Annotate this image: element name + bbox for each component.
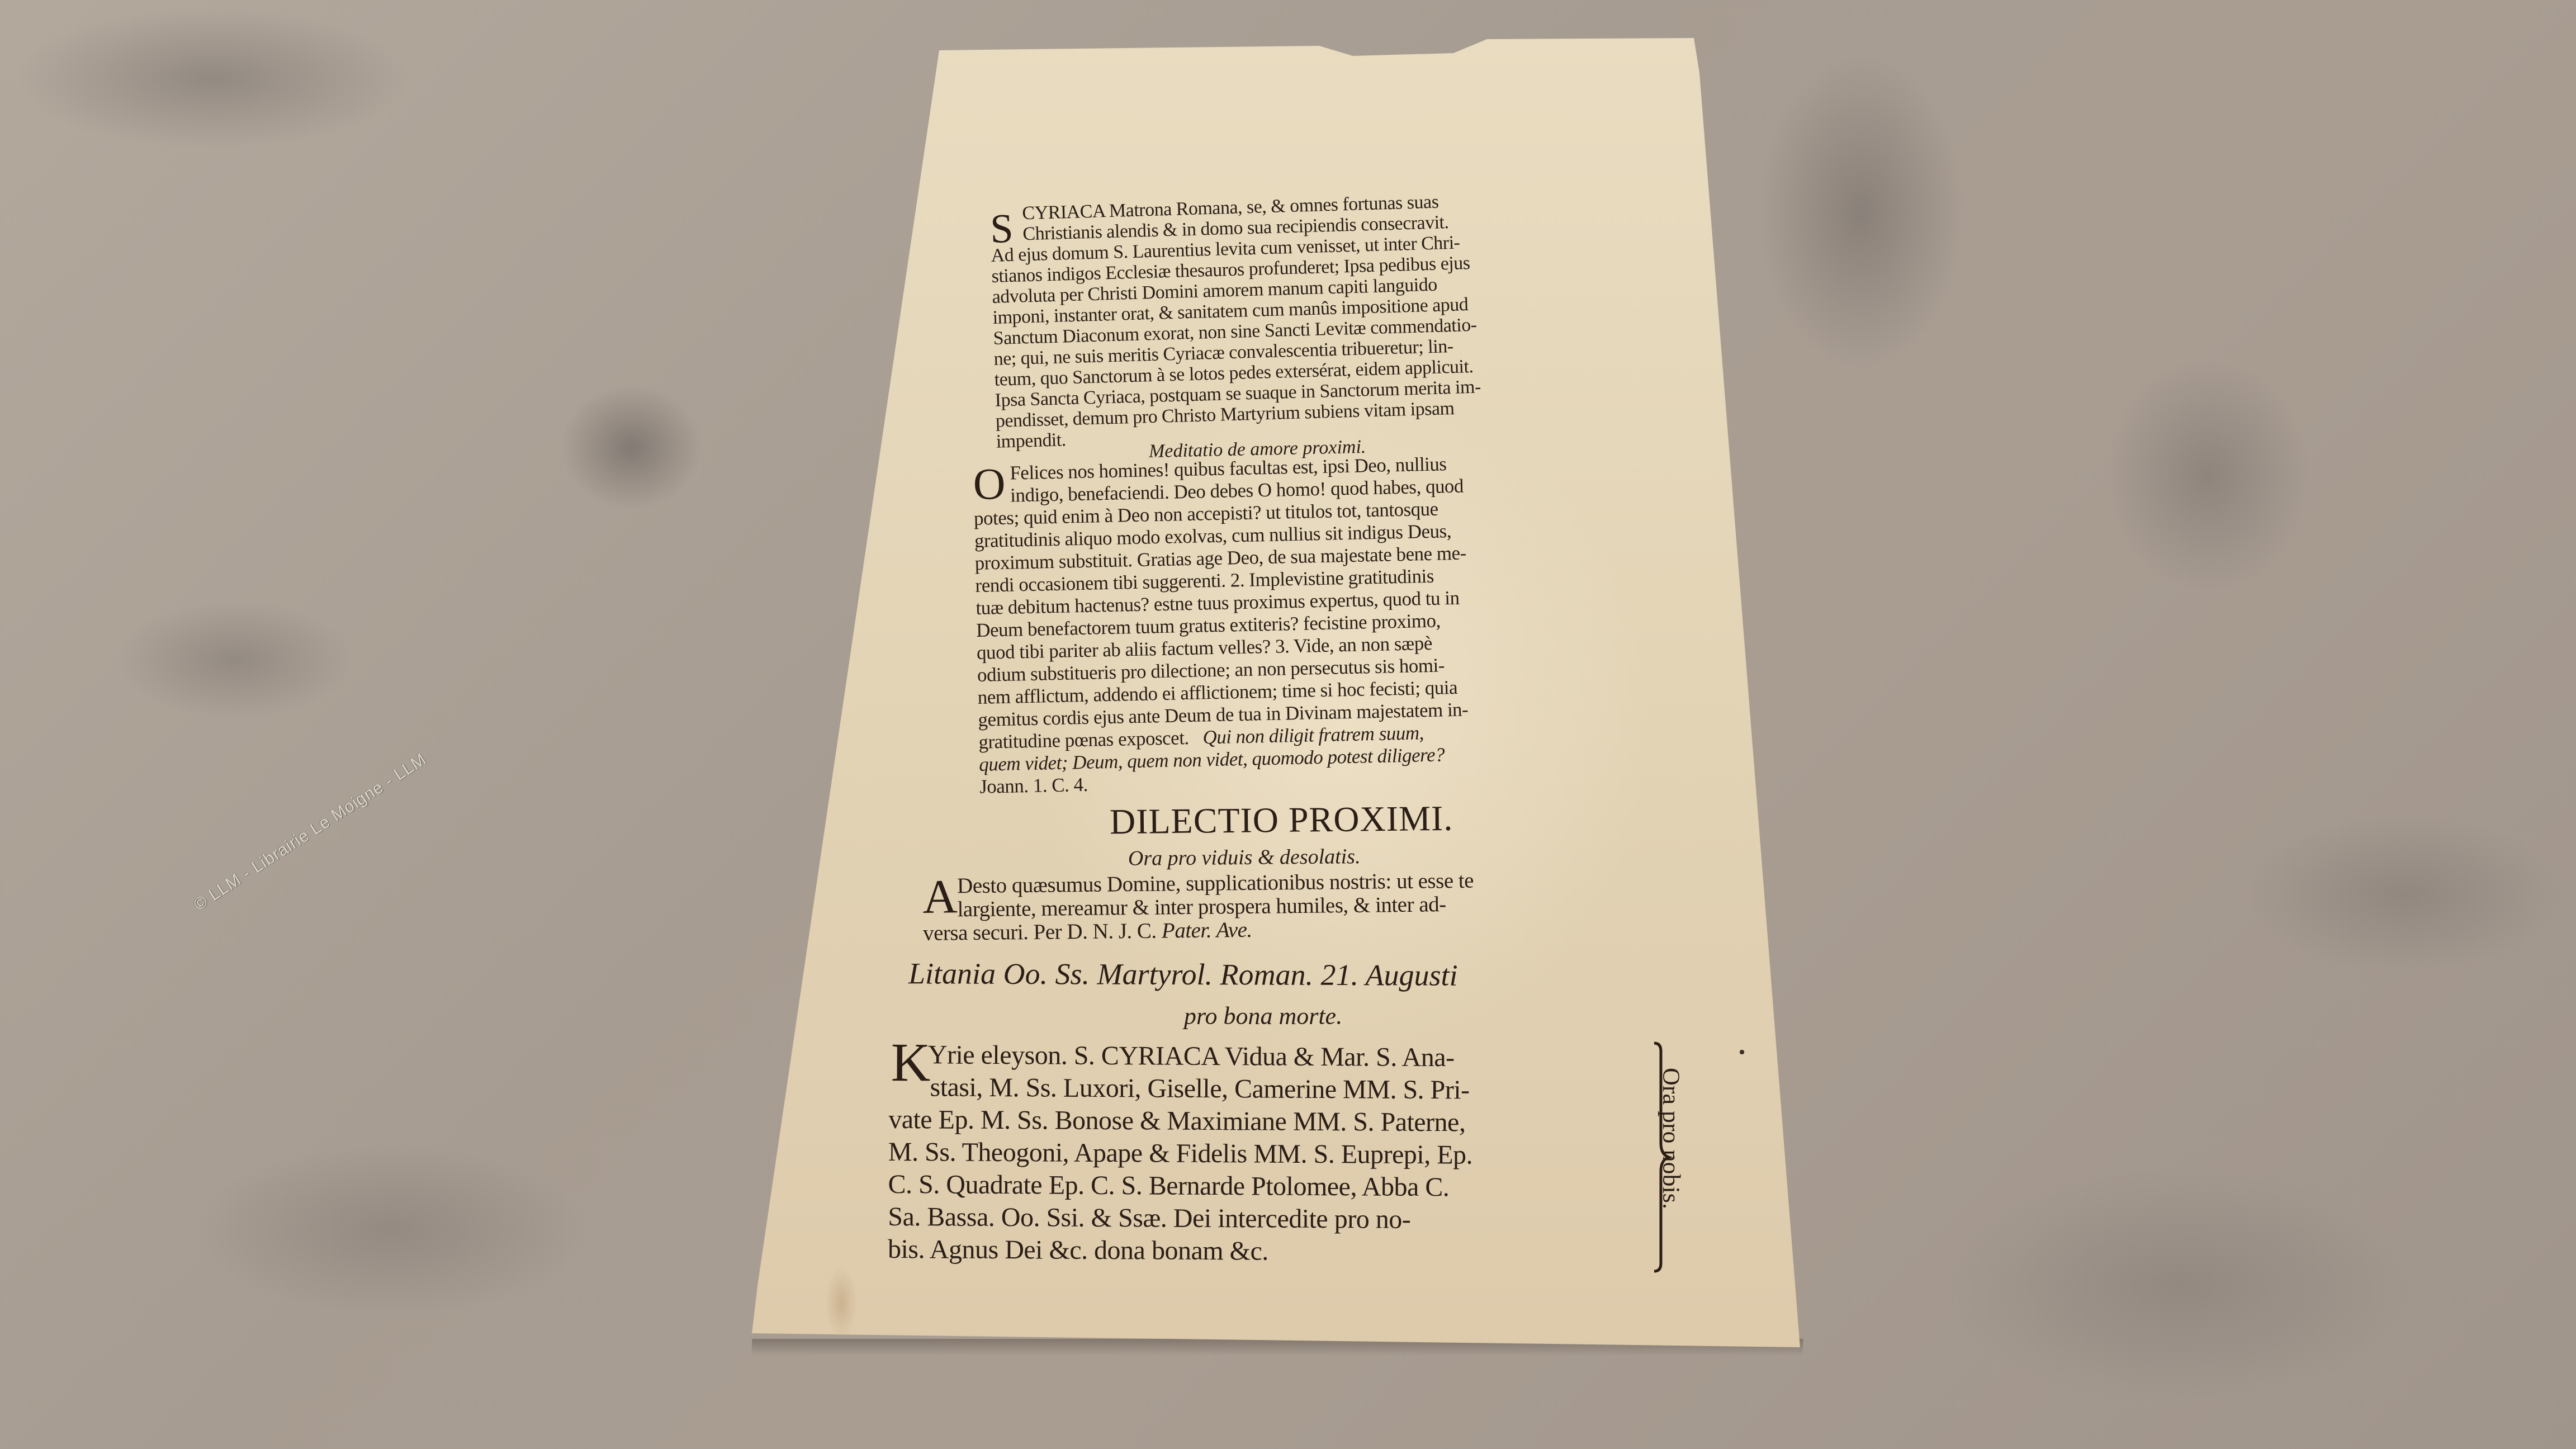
litany-line: C. S. Quadrate Ep. C. S. Bernarde Ptolom… xyxy=(888,1168,1472,1204)
drop-cap-a: A xyxy=(922,874,958,918)
section-heading: DILECTIO PROXIMI. xyxy=(1110,798,1453,842)
drop-cap-k: K xyxy=(891,1041,931,1085)
oratio-section: A Desto quæsumus Domine, supplicationibu… xyxy=(922,869,1474,945)
litany-line: Sa. Bassa. Oo. Ssi. & Ssæ. Dei intercedi… xyxy=(888,1201,1472,1236)
litany-section: K Yrie eleyson. S. CYRIACA Vidua & Mar. … xyxy=(888,1039,1473,1268)
vita-section: S CYRIACA Matrona Romana, se, & omnes fo… xyxy=(989,191,1482,452)
litany-response-vertical: Ora pro nobis. xyxy=(1657,1068,1685,1209)
litany-title: Litania Oo. Ss. Martyrol. Roman. 21. Aug… xyxy=(908,956,1458,992)
drop-cap-o: O xyxy=(973,462,1006,506)
scripture-quote: Qui non diligit fratrem suum, xyxy=(1202,722,1424,748)
oratio-closing: Pater. Ave. xyxy=(1162,918,1252,943)
litany-subtitle: pro bona morte. xyxy=(1184,1002,1342,1030)
section-subheading: Ora pro viduis & desolatis. xyxy=(1128,844,1361,871)
litany-line: stasi, M. Ss. Luxori, Giselle, Camerine … xyxy=(927,1071,1472,1106)
litany-line: bis. Agnus Dei &c. dona bonam &c. xyxy=(888,1233,1472,1268)
litany-line: vate Ep. M. Ss. Bonose & Maximiane MM. S… xyxy=(888,1104,1472,1139)
copyright-watermark: © LLM - Librairie Le Moigne - LLM xyxy=(191,750,430,915)
meditatio-section: O Felices nos homines! quibus facultas e… xyxy=(973,453,1471,798)
ink-spot xyxy=(1740,1050,1744,1054)
meditatio-line-end: gratitudine pœnas exposcet. xyxy=(978,727,1189,753)
litany-line: Yrie eleyson. S. CYRIACA Vidua & Mar. S.… xyxy=(928,1039,1473,1074)
litany-line: M. Ss. Theogoni, Apape & Fidelis MM. S. … xyxy=(888,1136,1472,1171)
oratio-line-end: versa securi. Per D. N. J. C. xyxy=(923,919,1162,945)
